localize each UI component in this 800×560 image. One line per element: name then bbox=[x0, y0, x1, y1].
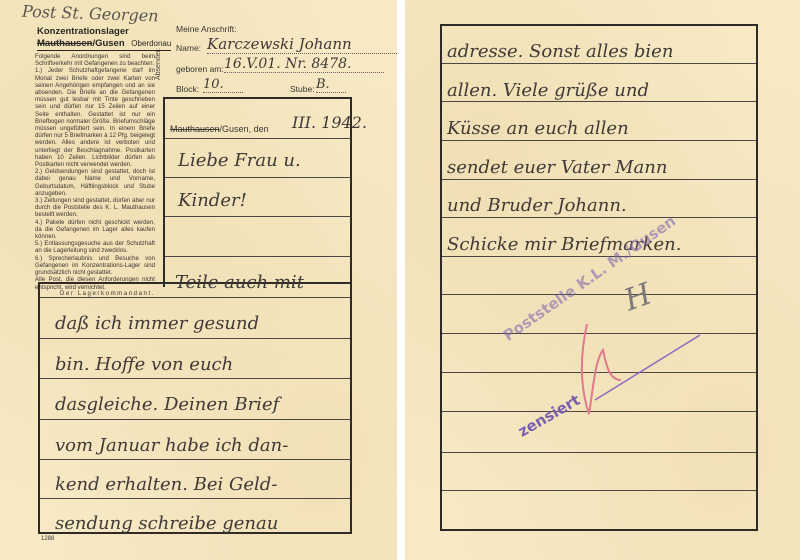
letter-line: adresse. Sonst alles bien bbox=[447, 41, 673, 62]
camp-location: Mauthausen/Gusen Oberdonau bbox=[37, 38, 171, 51]
date-value: III. 1942. bbox=[292, 113, 367, 132]
letter-line: sendung schreibe genau bbox=[55, 513, 278, 534]
rules-text: Folgende Anordnungen sind beim Schriftve… bbox=[35, 53, 155, 298]
letter-page-left: Post St. Georgen Konzentrationslager Mau… bbox=[0, 0, 397, 560]
ruled-line bbox=[442, 490, 756, 491]
rule-1: 1.) Jeder Schutzhaftgefangene darf im Mo… bbox=[35, 67, 155, 168]
letter-line: Kinder! bbox=[178, 190, 247, 211]
letter-line: allen. Viele grüße und bbox=[447, 80, 649, 101]
rule-5: 5.) Entlassungsgesuche aus der Schutzhaf… bbox=[35, 240, 155, 254]
letter-line: daß ich immer gesund bbox=[55, 313, 259, 334]
absender-label: Absender: bbox=[155, 48, 162, 80]
ruled-line bbox=[165, 256, 351, 257]
letter-line: Teile auch mit bbox=[175, 272, 304, 293]
ruled-line bbox=[165, 138, 351, 139]
rule-2: 2.) Geldsendungen sind gestattet, doch i… bbox=[35, 168, 155, 197]
ruled-line bbox=[442, 101, 756, 102]
room-label: Stube: bbox=[290, 84, 315, 94]
ruled-line bbox=[40, 297, 350, 298]
rules-intro: Folgende Anordnungen sind beim Schriftve… bbox=[35, 53, 155, 67]
ruled-line bbox=[442, 452, 756, 453]
dateline-place: /Gusen, den bbox=[220, 124, 269, 134]
sender-heading: Meine Anschrift: bbox=[176, 24, 236, 34]
dateline: Mauthausen/Gusen, den bbox=[170, 124, 269, 134]
ruled-line bbox=[40, 498, 350, 499]
block-label: Block: bbox=[176, 84, 199, 94]
camp-title: Konzentrationslager bbox=[37, 26, 129, 37]
ruled-line bbox=[442, 217, 756, 218]
rule-4: 4.) Pakete dürfen nicht geschickt werden… bbox=[35, 219, 155, 241]
letter-line: kend erhalten. Bei Geld- bbox=[55, 474, 277, 495]
ruled-line bbox=[40, 459, 350, 460]
letter-line: und Bruder Johann. bbox=[447, 195, 627, 216]
location-gusen: /Gusen bbox=[92, 38, 124, 49]
form-number: 1288 bbox=[41, 536, 54, 542]
ruled-line bbox=[165, 177, 351, 178]
born-value: 16.V.01. Nr. 8478. bbox=[224, 56, 384, 73]
letter-line: bin. Hoffe von euch bbox=[55, 354, 233, 375]
letter-line: Küsse an euch allen bbox=[447, 118, 629, 139]
ruled-line bbox=[442, 179, 756, 180]
letter-line: sendet euer Vater Mann bbox=[447, 157, 667, 178]
letter-line: vom Januar habe ich dan- bbox=[55, 435, 288, 456]
location-struck: Mauthausen bbox=[37, 38, 92, 49]
censor-mark-icon bbox=[575, 320, 715, 420]
ruled-line bbox=[165, 216, 351, 217]
ruled-line bbox=[442, 140, 756, 141]
region: Oberdonau bbox=[131, 39, 171, 48]
letter-line: Liebe Frau u. bbox=[178, 150, 301, 171]
rule-3: 3.) Zeitungen sind gestattet, dürfen abe… bbox=[35, 197, 155, 219]
rule-6: 6.) Sprecherlaubnis und Besuche von Gefa… bbox=[35, 255, 155, 277]
room-value: B. bbox=[316, 77, 346, 93]
born-label: geboren am: bbox=[176, 64, 224, 74]
ruled-line bbox=[442, 63, 756, 64]
ruled-line bbox=[442, 256, 756, 257]
block-value: 10. bbox=[203, 77, 243, 93]
ruled-line bbox=[40, 338, 350, 339]
pencil-note: Post St. Georgen bbox=[22, 2, 159, 26]
ruled-line bbox=[442, 294, 756, 295]
dateline-place-struck: Mauthausen bbox=[170, 124, 220, 134]
ruled-line bbox=[40, 419, 350, 420]
letter-line: dasgleiche. Deinen Brief bbox=[55, 394, 279, 415]
name-value: Karczewski Johann bbox=[207, 35, 397, 54]
letter-page-right: adresse. Sonst alles bien allen. Viele g… bbox=[405, 0, 800, 560]
name-label: Name: bbox=[176, 43, 201, 53]
ruled-line bbox=[40, 378, 350, 379]
